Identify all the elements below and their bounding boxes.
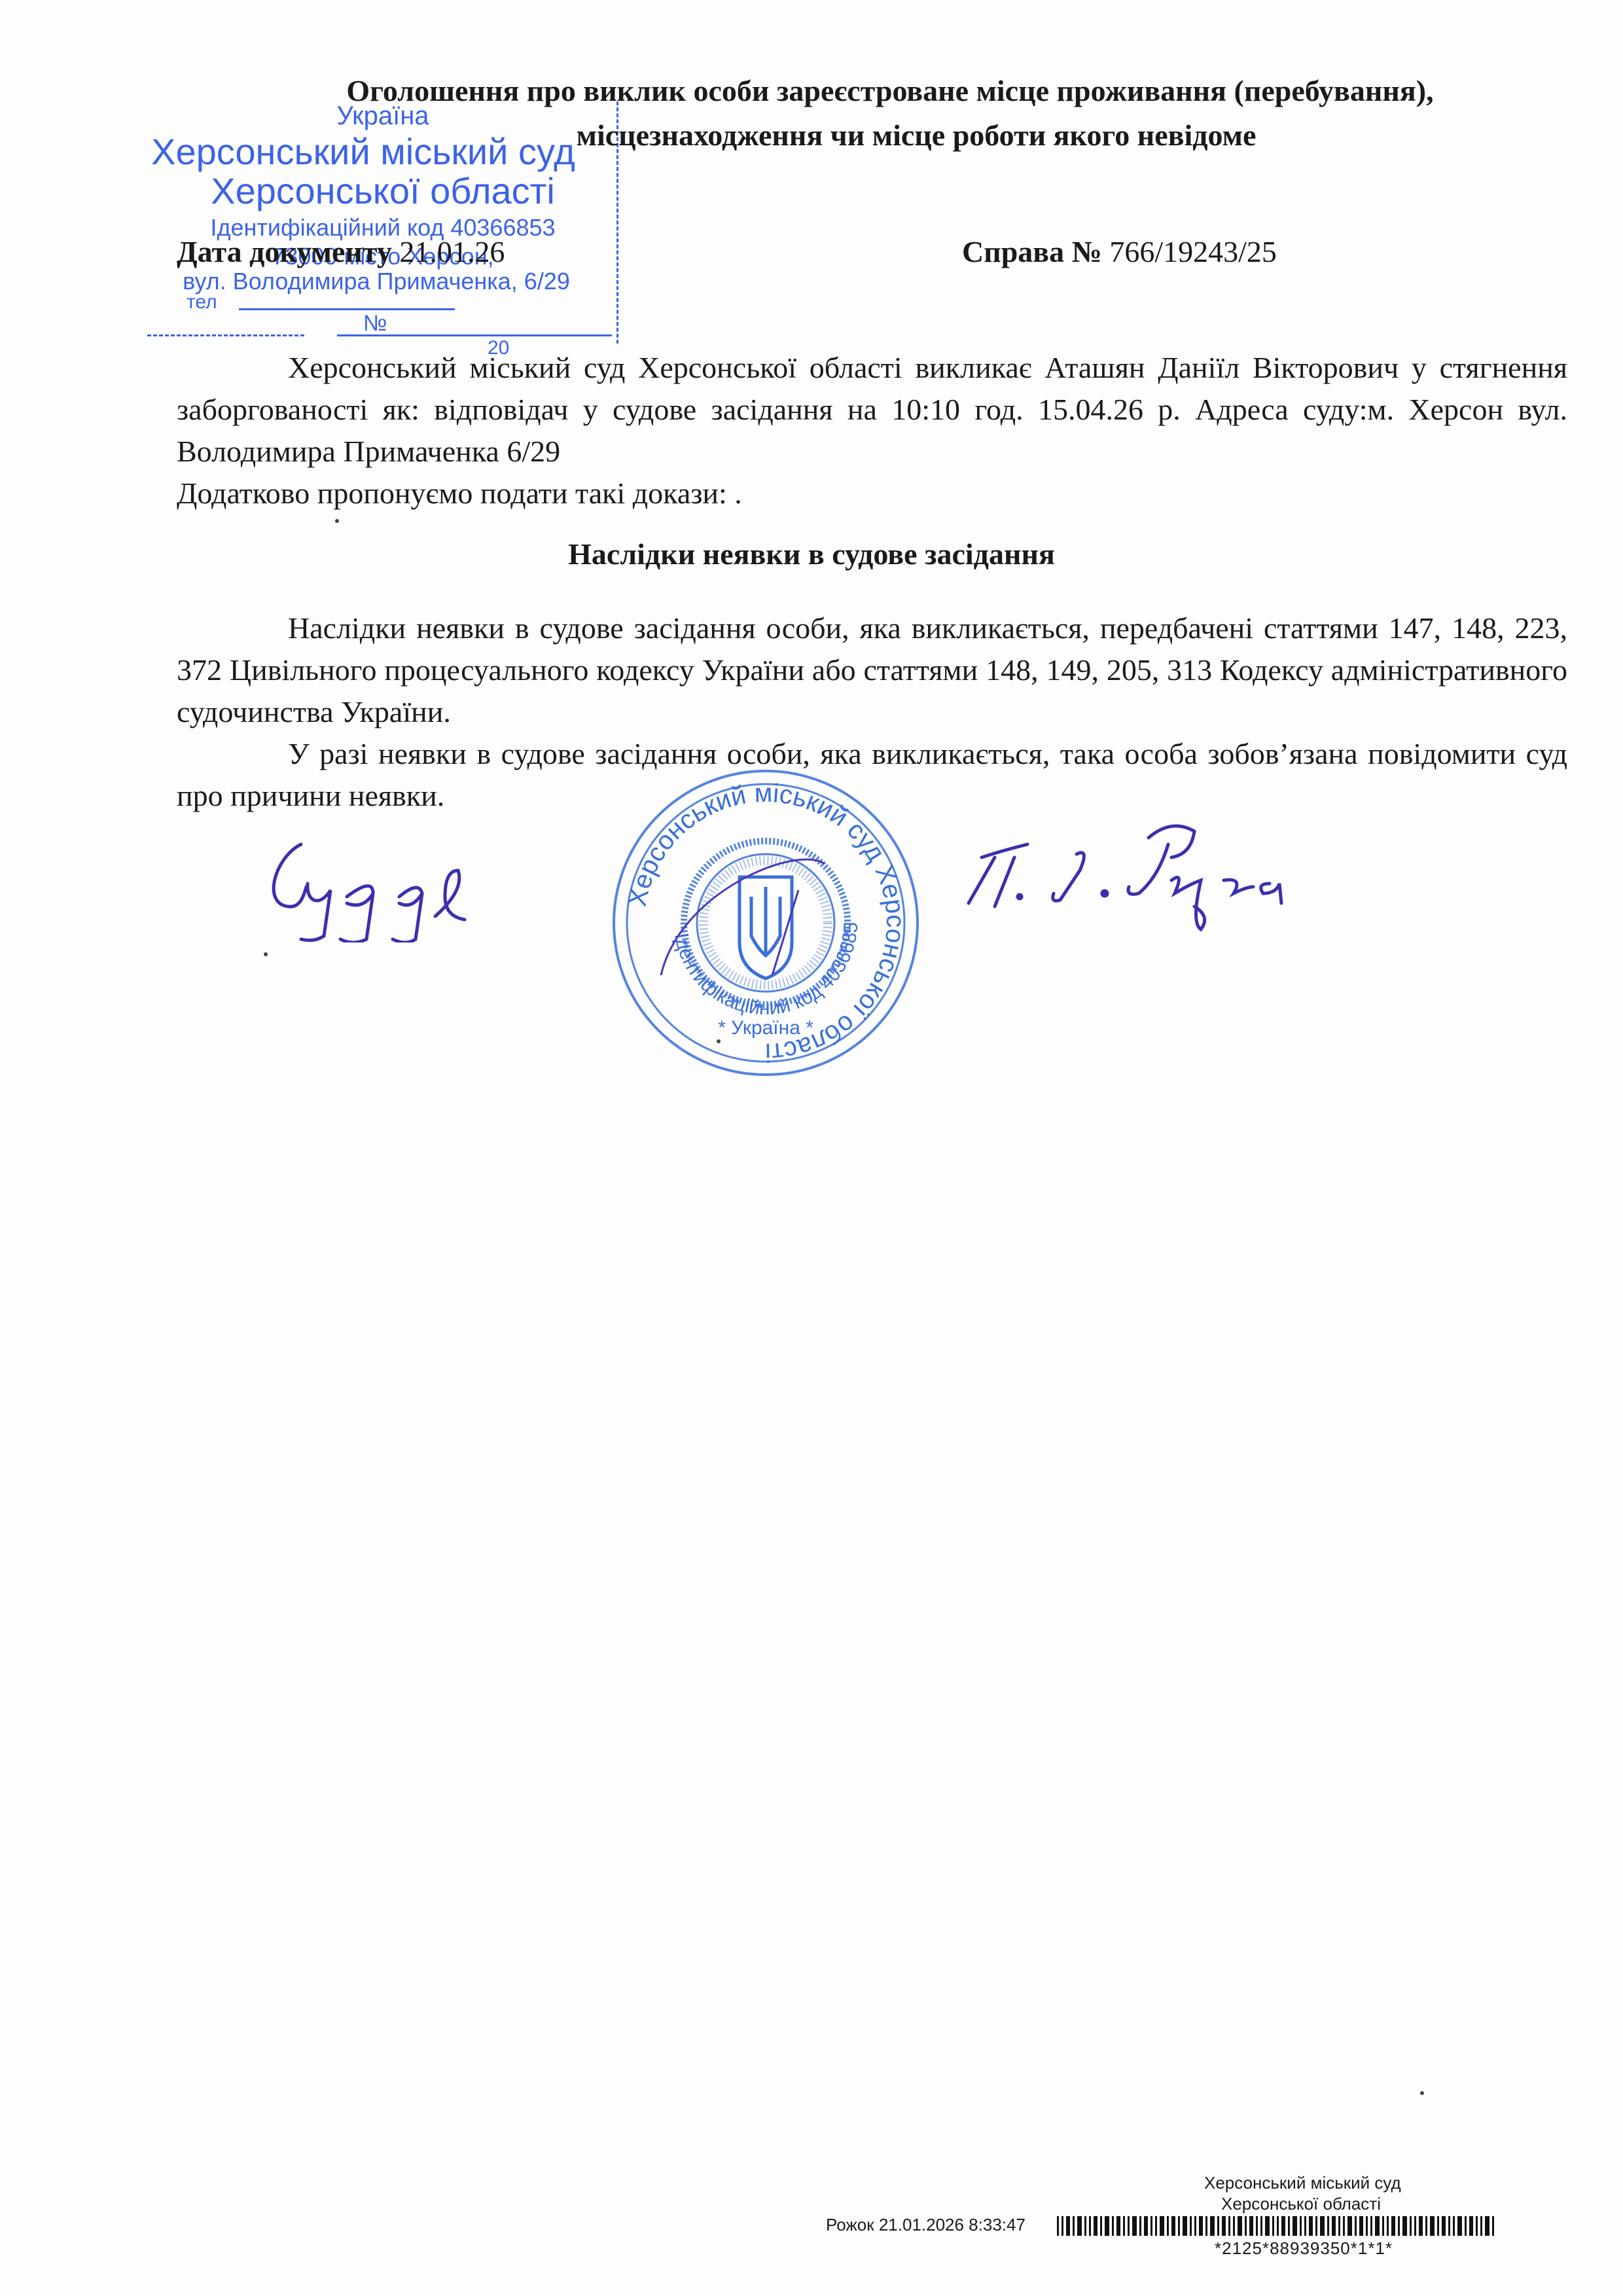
case-label: Справа № — [962, 235, 1102, 268]
footer-court-region: Херсонської області — [1221, 2194, 1381, 2214]
case-number-value: 766/19243/25 — [1109, 235, 1277, 268]
scan-speck — [717, 1039, 721, 1043]
signature-label-icon — [249, 831, 471, 946]
consequences-paragraph: Наслідки неявки в судове засідання особи… — [177, 607, 1567, 733]
date-label: Дата документу — [177, 235, 392, 268]
summons-paragraph: Херсонський міський суд Херсонської обла… — [177, 347, 1567, 473]
footer-court-name: Херсонський міський суд — [1204, 2173, 1401, 2193]
barcode-icon — [1057, 2216, 1556, 2236]
case-number: Справа № 766/19243/25 — [962, 234, 1277, 269]
document-date: Дата документу 21.01.26 — [177, 234, 505, 269]
date-value: 21.01.26 — [399, 235, 505, 268]
stamp-tel-label: тел — [187, 291, 217, 314]
stamp-line — [337, 334, 612, 336]
judge-signature-icon — [942, 818, 1374, 952]
stamp-number-label: № — [363, 311, 387, 336]
section-title: Наслідки неявки в судове засідання — [0, 537, 1623, 571]
scan-speck — [1420, 2091, 1424, 2095]
document-title-line2: місцезнаходження чи місце роботи якого н… — [105, 118, 1623, 152]
evidence-paragraph: Додатково пропонуємо подати такі докази:… — [177, 473, 962, 514]
footer-operator-timestamp: Рожок 21.01.2026 8:33:47 — [826, 2215, 1026, 2235]
scan-speck — [264, 952, 268, 956]
document-title-line1: Оголошення про виклик особи зареєстрован… — [79, 73, 1623, 108]
svg-text:* Україна *: * Україна * — [718, 1017, 813, 1039]
scan-speck — [335, 519, 339, 523]
stamp-line — [147, 334, 304, 336]
barcode-text: *2125*88939350*1*1* — [1215, 2238, 1393, 2259]
stamp-region: Херсонської області — [147, 170, 618, 212]
court-seal-icon: Херсонський міський суд Херсонської обла… — [602, 759, 929, 1086]
stamp-tel-line — [239, 308, 455, 310]
